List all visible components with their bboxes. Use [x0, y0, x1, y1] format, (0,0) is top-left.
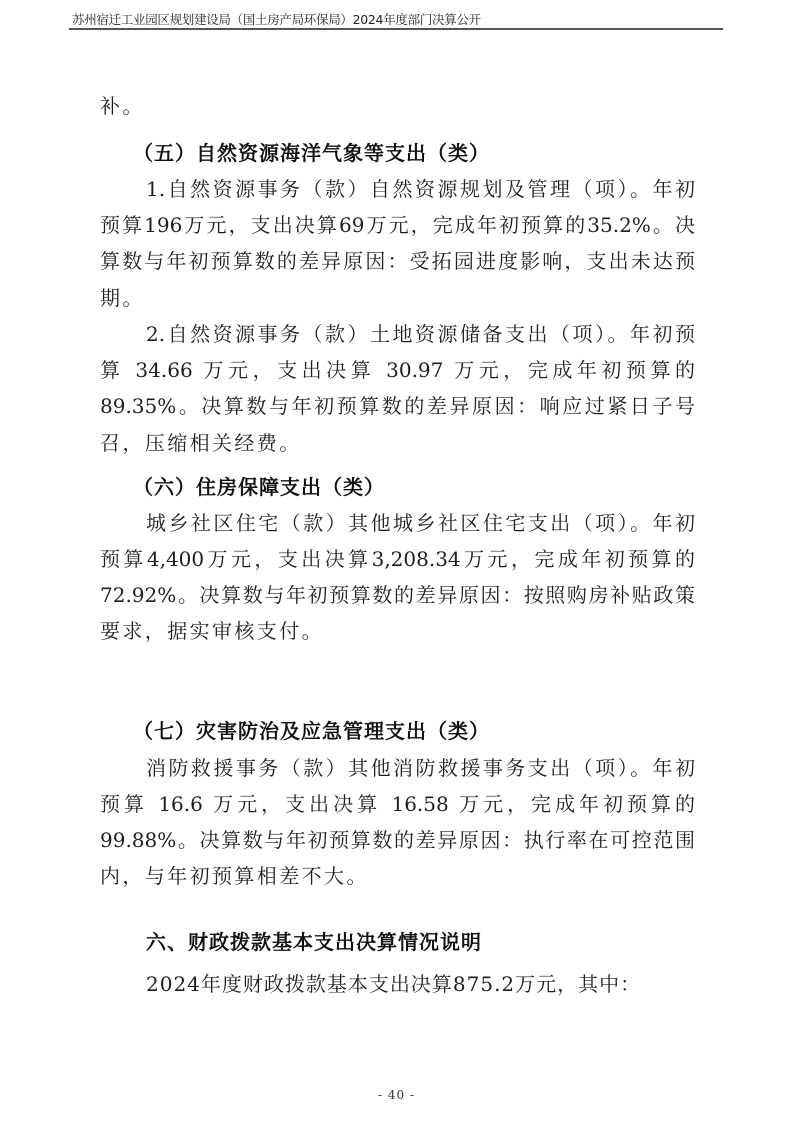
section-7-line-4: 内，与年初预算相差不大。 — [100, 863, 369, 889]
section-5-item-1-line-4: 期。 — [100, 285, 145, 311]
section-6-line-2: 预算4,400万元，支出决算3,208.34万元，完成年初预算的 — [100, 546, 695, 572]
section-5-item-2-line-3: 89.35%。决算数与年初预算数的差异原因：响应过紧日子号 — [100, 393, 695, 419]
page-header: 苏州宿迁工业园区规划建设局（国土房产局环保局）2024年度部门决算公开 — [69, 12, 723, 30]
section-7-line-2: 预算 16.6 万元，支出决算 16.58 万元，完成年初预算的 — [100, 791, 695, 817]
section-7-heading: （七）灾害防治及应急管理支出（类） — [133, 718, 490, 744]
header-rule — [69, 28, 723, 30]
document-title: 苏州宿迁工业园区规划建设局（国土房产局环保局）2024年度部门决算公开 — [72, 12, 481, 28]
section-6-line-3: 72.92%。决算数与年初预算数的差异原因：按照购房补贴政策 — [100, 582, 695, 608]
section-5-item-1-line-1: 1.自然资源事务（款）自然资源规划及管理（项）。年初 — [146, 176, 695, 202]
section-5-heading: （五）自然资源海洋气象等支出（类） — [133, 140, 490, 166]
chapter-6-heading: 六、财政拨款基本支出决算情况说明 — [146, 929, 482, 955]
page-number: - 40 - — [0, 1088, 793, 1102]
section-5-item-1-line-2: 预算196万元，支出决算69万元，完成年初预算的35.2%。决 — [100, 212, 695, 238]
section-5-item-2-line-2: 算 34.66 万元，支出决算 30.97 万元，完成年初预算的 — [100, 357, 695, 383]
section-5-item-2-line-1: 2.自然资源事务（款）土地资源储备支出（项）。年初预 — [146, 321, 695, 347]
section-7-line-3: 99.88%。决算数与年初预算数的差异原因：执行率在可控范围 — [100, 827, 695, 853]
continuation-text: 补。 — [100, 93, 145, 119]
section-6-line-1: 城乡社区住宅（款）其他城乡社区住宅支出（项）。年初 — [146, 510, 695, 536]
section-5-item-2-line-4: 召，压缩相关经费。 — [100, 430, 302, 456]
chapter-6-intro: 2024年度财政拨款基本支出决算875.2万元，其中： — [146, 971, 641, 997]
section-6-line-4: 要求，据实审核支付。 — [100, 618, 324, 644]
section-5-item-1-line-3: 算数与年初预算数的差异原因：受拓园进度影响，支出未达预 — [100, 248, 695, 274]
section-7-line-1: 消防救援事务（款）其他消防救援事务支出（项）。年初 — [146, 755, 695, 781]
section-6-heading: （六）住房保障支出（类） — [133, 474, 385, 500]
